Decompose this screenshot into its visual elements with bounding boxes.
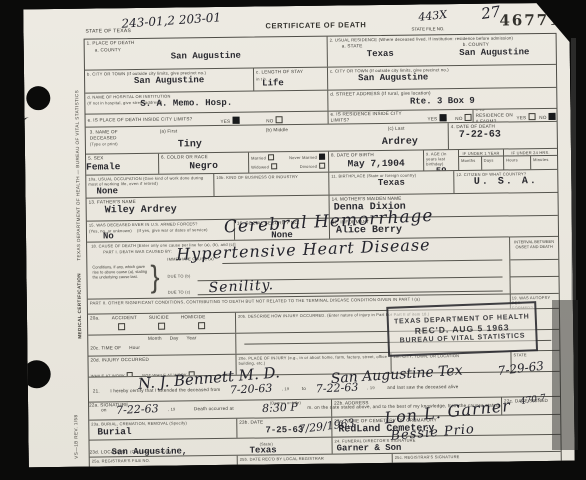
interval-rule-2	[511, 276, 559, 278]
part1-label: PART I. DEATH WAS CAUSED BY:	[101, 248, 174, 255]
widowed-label: Widowed	[251, 164, 269, 169]
farm-label: f. IS RESIDENCE ON A FARM?	[475, 109, 513, 122]
field-age: 9. AGE (In years last birthday) 59	[423, 150, 458, 170]
field-if-under-24-hrs: IF UNDER 24 HRS. Hours Minutes	[503, 149, 557, 170]
field-residence-city: c. CITY OR TOWN (If outside city limits,…	[327, 65, 556, 90]
row-name-dod: 3. NAME OF DECEASED (Type or print) (a) …	[86, 121, 557, 154]
interval-rule-1	[510, 259, 558, 261]
checkbox-farm-yes	[528, 113, 535, 120]
yes-label: YES	[427, 116, 437, 121]
minutes-label: Minutes	[531, 156, 557, 170]
race-value: Negro	[159, 159, 248, 171]
while-at-work-label: WHILE AT WORK	[91, 373, 126, 377]
days-label: Days	[482, 157, 504, 171]
residence-city-value: San Augustine	[358, 71, 556, 83]
checkbox-widowed	[271, 163, 277, 169]
field-length-of-stay: c. LENGTH OF STAY in t b. Life	[253, 68, 327, 91]
field-place-of-death: 1. PLACE OF DEATH a. COUNTY San Augustin…	[85, 37, 327, 70]
first-name-value: Tiny	[178, 139, 202, 150]
residence-city-limits-label: e. IS RESIDENCE INSIDE CITY LIMITS?	[330, 111, 419, 124]
armed-forces-sub2: (If yes, give war or dates of service)	[135, 226, 210, 233]
field-usual-residence: 2. USUAL RESIDENCE (Where deceased lived…	[327, 34, 556, 67]
yes-label: YES	[220, 119, 230, 124]
registrar-signature-label: 25c. REGISTRAR'S SIGNATURE	[393, 452, 561, 460]
certificate-title: CERTIFICATE OF DEATH	[265, 20, 366, 30]
checkbox-farm-no	[549, 113, 556, 120]
under-24-hrs-label: IF UNDER 24 HRS.	[504, 149, 557, 156]
certificate-number: 46771	[499, 11, 561, 30]
field-residence-on-farm: f. IS RESIDENCE ON A FARM? YES NO	[472, 109, 556, 122]
checkbox-homicide	[198, 322, 205, 329]
field-hospital: d. NAME OF HOSPITAL OR INSTITUTION (If n…	[85, 91, 327, 114]
last-name-label: (c) Last	[386, 125, 407, 132]
day-label: Day	[170, 335, 179, 355]
no-label: NO	[266, 118, 273, 123]
handwritten-codes: 243-01,2 203-01	[121, 10, 221, 30]
birthplace-value: Texas	[329, 177, 453, 189]
occupation-value: None	[96, 185, 213, 196]
checkbox-divorced	[319, 163, 325, 169]
field-if-under-1-year: IF UNDER 1 YEAR Months Days	[458, 150, 503, 171]
field-date-of-death: 4. DATE OF DEATH 7-22-63	[448, 122, 557, 149]
field-burial-location: 23d. LOCATION (City, town, or county) Sa…	[89, 438, 331, 457]
certificate-paper: TEXAS DEPARTMENT OF HEALTH — BUREAU OF V…	[23, 3, 575, 468]
due-to-b-label: DUE TO (b)	[165, 272, 192, 278]
row-place-residence: 1. PLACE OF DEATH a. COUNTY San Augustin…	[85, 34, 556, 70]
margin-text-department: TEXAS DEPARTMENT OF HEALTH — BUREAU OF V…	[74, 91, 81, 261]
married-label: Married	[251, 155, 266, 160]
burial-value: Burial	[97, 425, 236, 438]
dob-value: May 7,1904	[329, 157, 423, 169]
checkbox-death-limits-no	[275, 116, 282, 123]
registrar-file-label: 25a. REGISTRAR'S FILE NO.	[90, 456, 237, 464]
punch-hole-bottom	[23, 360, 51, 388]
scanned-death-certificate: { "colors":{"paper":"#ebe8e0","backgroun…	[0, 0, 586, 480]
field-business-industry: 10b. KIND OF BUSINESS OR INDUSTRY	[213, 173, 328, 196]
name-label-3: (Type or print)	[88, 140, 120, 146]
months-label: Months	[459, 157, 482, 170]
checkbox-accident	[118, 323, 125, 330]
city-of-death-value: San Augustine	[85, 75, 253, 87]
signature-label: 22a. SIGNATURE	[89, 402, 129, 408]
death-city-limits-label: e. IS PLACE OF DEATH INSIDE CITY LIMITS?	[88, 116, 193, 123]
under-1-year-label: IF UNDER 1 YEAR	[459, 150, 503, 157]
no-label: NO	[539, 115, 546, 120]
checkbox-residence-limits-yes	[439, 114, 446, 121]
field-marital-status: Married Never Married Widowed Divorced	[248, 152, 328, 173]
margin-text-form-number: VS—1B REV. 1/58	[73, 399, 79, 459]
field-usual-occupation: 10a. USUAL OCCUPATION (Give kind of work…	[86, 174, 213, 198]
handwritten-part2-senility: Senility.	[208, 277, 274, 296]
age-label: 9. AGE (In years last birthday)	[424, 150, 458, 166]
field-sex: 5. SEX Female	[86, 154, 158, 175]
field-registrar-date: 25b. DATE REC'D BY LOCAL REGISTRAR	[237, 454, 392, 470]
handwritten-443x: 443X	[418, 8, 448, 24]
no-label: NO	[455, 116, 462, 121]
degree-or-title-label: (Degree or title)	[270, 400, 301, 406]
field-color-race: 6. COLOR OR RACE Negro	[158, 153, 248, 174]
field-armed-forces: 15. WAS DECEASED EVER IN U.S. ARMED FORC…	[87, 220, 234, 242]
due-to-c-label: DUE TO (c)	[166, 288, 193, 294]
citizen-value: U. S. A.	[454, 176, 557, 188]
registrar-date-label: 25b. DATE REC'D BY LOCAL REGISTRAR	[238, 454, 392, 462]
state-value: Texas	[328, 48, 433, 59]
conditions-note: Conditions, if any, which gave rise to a…	[92, 264, 150, 280]
residence-county-value: San Augustine	[433, 47, 556, 59]
field-time-of-injury: 20c. TIME OF INJURY Hour a.m. p.m. Month…	[88, 334, 235, 356]
field-registrar-file-no: 25a. REGISTRAR'S FILE NO.	[90, 456, 237, 472]
year-label: Year	[186, 335, 197, 355]
hospital-value: S. A. Memo. Hosp.	[140, 97, 327, 109]
stray-pen-mark	[19, 116, 35, 135]
checkbox-death-limits-yes	[232, 117, 239, 124]
field-residence-city-limits: e. IS RESIDENCE INSIDE CITY LIMITS? YES …	[327, 110, 472, 124]
place-of-injury-label: 20e. PLACE OF INJURY (e.g., in or about …	[236, 353, 390, 366]
field-registrar-signature: 25c. REGISTRAR'S SIGNATURE	[392, 452, 561, 468]
nineteen-blank: , 19	[367, 385, 375, 390]
nineteen-blank: , 19	[282, 386, 290, 391]
hours-label: Hours	[504, 156, 531, 169]
margin-text-medical-certification: MEDICAL CERTIFICATION	[76, 265, 82, 339]
sex-value: Female	[86, 160, 158, 172]
field-date-of-birth: 8. DATE OF BIRTH May 7,1904	[328, 150, 423, 171]
scan-streak	[571, 38, 576, 300]
location-state-sub: (State)	[258, 440, 275, 446]
field-city-of-death: b. CITY OR TOWN (If outside city limits,…	[85, 69, 253, 93]
middle-name-label: (b) Middle	[264, 126, 291, 133]
first-name-label: (a) First	[158, 127, 180, 134]
checkbox-suicide	[158, 322, 165, 329]
location-city-value: San Augustine,	[112, 446, 188, 456]
state-file-no-label: STATE FILE NO.	[411, 26, 444, 31]
certify-text-2: and last saw the deceased alive	[387, 384, 458, 390]
accident-label: ACCIDENT	[112, 315, 137, 321]
checkbox-never-married	[319, 154, 325, 160]
time-injury-label-1: 20c. TIME OF	[90, 345, 121, 350]
yes-label: YES	[516, 115, 526, 120]
brace-glyph: }	[150, 259, 159, 295]
field-burial-type: 23a. BURIAL, CREMATION, REMOVAL (Specify…	[89, 419, 236, 440]
never-married-label: Never Married	[289, 155, 317, 160]
location-state-value: Texas	[250, 445, 277, 455]
handwritten-27: 27	[480, 2, 502, 23]
injury-20a-label: 20a.	[90, 315, 100, 321]
residence-county: b. COUNTY San Augustine	[433, 40, 556, 58]
field-street-address: d. STREET ADDRESS (If rural, give locati…	[327, 88, 556, 111]
checkbox-residence-limits-no	[465, 114, 472, 121]
homicide-label: HOMICIDE	[181, 314, 206, 320]
suicide-label: SUICIDE	[149, 315, 169, 321]
checkbox-married	[268, 154, 274, 160]
business-label: 10b. KIND OF BUSINESS OR INDUSTRY	[214, 173, 328, 180]
scan-shadow	[552, 300, 578, 450]
to-label: to	[302, 386, 306, 391]
field-birthplace: 11. BIRTHPLACE (State or foreign country…	[328, 171, 453, 195]
month-label: Month	[148, 336, 162, 356]
checkbox-while-at-work	[127, 372, 133, 377]
field-injury-class: 20a. ACCIDENT SUICIDE HOMICIDE	[88, 313, 235, 335]
received-stamp: TEXAS DEPARTMENT OF HEALTH REC'D. AUG 5 …	[386, 301, 538, 357]
hour-label: Hour	[129, 345, 140, 350]
age-value: 59	[424, 166, 458, 170]
field-name-of-deceased: 3. NAME OF DECEASED (Type or print) (a) …	[86, 123, 448, 153]
field-physician-signature: 22a. SIGNATURE (Degree or title)	[89, 400, 331, 420]
date-of-death-value: 7-22-63	[459, 129, 557, 141]
divorced-label: Divorced	[300, 164, 317, 169]
residence-state: a. STATE Texas	[328, 42, 433, 60]
item-21-number: 21.	[93, 388, 100, 393]
punch-hole-top	[26, 86, 50, 110]
field-interval-onset-death: INTERVAL BETWEEN ONSET AND DEATH	[509, 237, 559, 294]
last-name-value: Ardrey	[382, 137, 418, 148]
length-of-stay-value: Life	[262, 77, 327, 88]
field-citizen: 12. CITIZEN OF WHAT COUNTRY? U. S. A.	[453, 170, 557, 193]
interval-label: INTERVAL BETWEEN ONSET AND DEATH	[510, 237, 558, 250]
